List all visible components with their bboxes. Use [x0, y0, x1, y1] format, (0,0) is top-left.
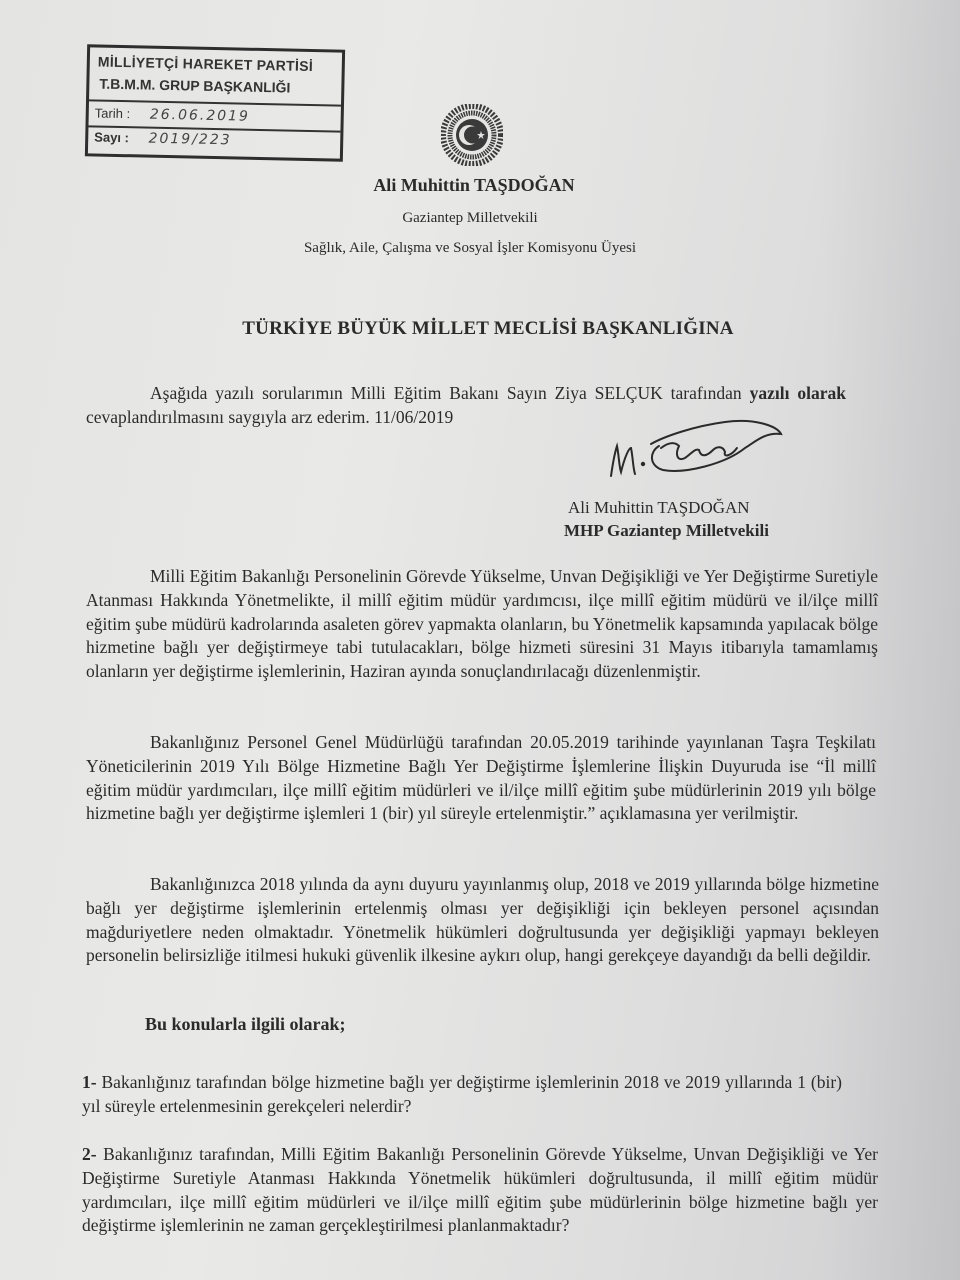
stamp-date-value: 26.06.2019 — [150, 107, 250, 125]
receipt-stamp: MİLLİYETÇİ HAREKET PARTİSİ T.B.M.M. GRUP… — [85, 44, 345, 161]
body-paragraph-3: Bakanlığınızca 2018 yılında da aynı duyu… — [86, 873, 879, 968]
addressee-heading: TÜRKİYE BÜYÜK MİLLET MECLİSİ BAŞKANLIĞIN… — [8, 318, 960, 340]
question-text: Bakanlığınız tarafından bölge hizmetine … — [82, 1072, 842, 1116]
intro-bold-text: yazılı olarak — [750, 383, 846, 403]
sender-title: Gaziantep Milletvekili — [0, 210, 950, 227]
signer-name: Ali Muhittin TAŞDOĞAN — [568, 498, 750, 518]
signature-icon — [605, 412, 785, 484]
stamp-number-value: 2019/223 — [148, 131, 231, 149]
questions-lead: Bu konularla ilgili olarak; — [145, 1014, 346, 1035]
question-number: 1- — [82, 1072, 97, 1092]
stamp-office-name: T.B.M.M. GRUP BAŞKANLIĞI — [99, 76, 290, 96]
intro-text: Aşağıda yazılı sorularımın Milli Eğitim … — [150, 383, 750, 403]
question-number: 2- — [82, 1144, 97, 1164]
body-paragraph-2: Bakanlığınız Personel Genel Müdürlüğü ta… — [86, 731, 876, 826]
question-text: Bakanlığınız tarafından, Milli Eğitim Ba… — [82, 1144, 878, 1235]
stamp-date-row: Tarih : 26.06.2019 — [95, 105, 251, 124]
document-page: MİLLİYETÇİ HAREKET PARTİSİ T.B.M.M. GRUP… — [0, 0, 960, 1280]
body-paragraph-1: Milli Eğitim Bakanlığı Personelinin Göre… — [86, 565, 878, 684]
sender-name: Ali Muhittin TAŞDOĞAN — [0, 175, 954, 196]
question-1: 1- Bakanlığınız tarafından bölge hizmeti… — [82, 1071, 842, 1119]
signer-title: MHP Gaziantep Milletvekili — [564, 521, 769, 541]
tbmm-emblem-icon — [441, 104, 503, 166]
sender-committee: Sağlık, Aile, Çalışma ve Sosyal İşler Ko… — [0, 240, 950, 257]
stamp-number-label: Sayı : — [94, 129, 129, 145]
stamp-number-row: Sayı : 2019/223 — [94, 129, 232, 148]
stamp-party-name: MİLLİYETÇİ HAREKET PARTİSİ — [98, 54, 314, 75]
intro-text-end: cevaplandırılmasını saygıyla arz ederim.… — [86, 407, 453, 427]
question-2: 2- Bakanlığınız tarafından, Milli Eğitim… — [82, 1143, 878, 1238]
stamp-date-label: Tarih : — [95, 105, 131, 121]
